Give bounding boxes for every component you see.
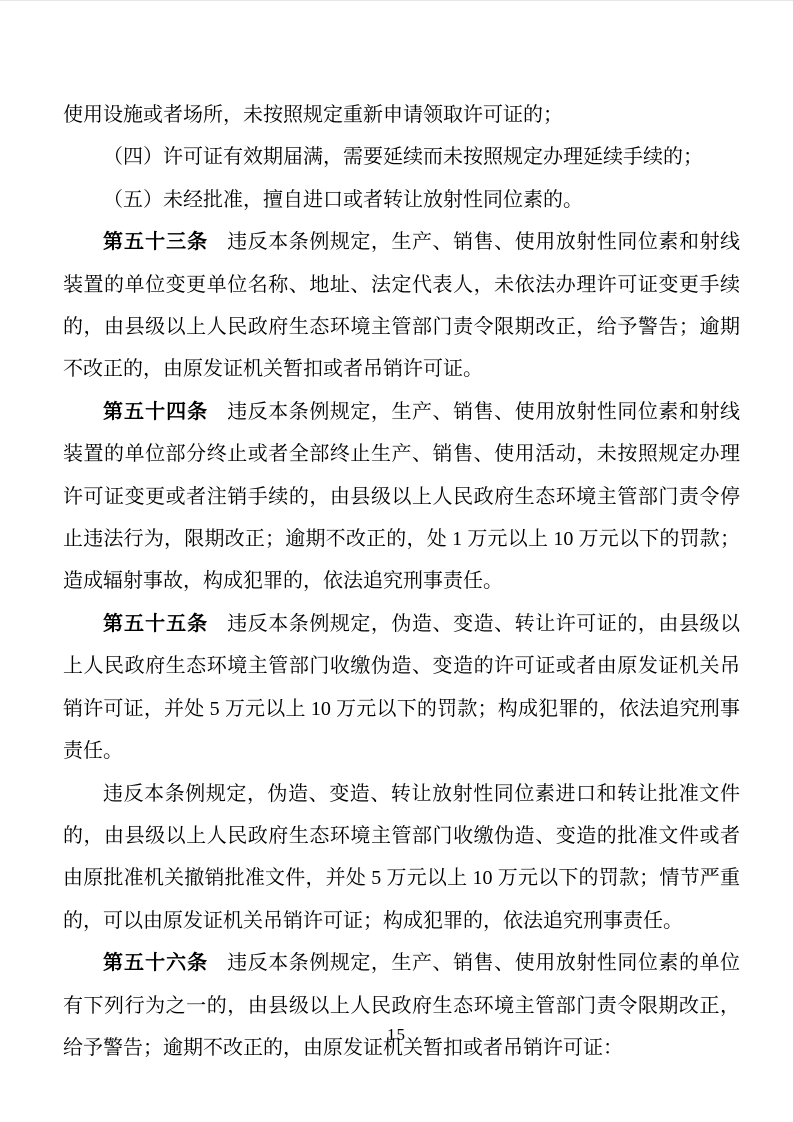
- paragraph-text: 违反本条例规定，伪造、变造、转让放射性同位素进口和转让批准文件的，由县级以上人民…: [63, 783, 740, 932]
- article-number: 第五十六条: [103, 952, 208, 974]
- paragraph-text: 使用设施或者场所，未按照规定重新申请领取许可证的；: [63, 104, 563, 126]
- article-number: 第五十三条: [103, 231, 208, 253]
- paragraph: 第五十三条违反本条例规定，生产、销售、使用放射性同位素和射线装置的单位变更单位名…: [63, 221, 740, 391]
- article-number: 第五十五条: [103, 613, 208, 635]
- paragraph: （四）许可证有效期届满，需要延续而未按照规定办理延续手续的；: [63, 136, 740, 178]
- paragraph: 第五十四条违反本条例规定，生产、销售、使用放射性同位素和射线装置的单位部分终止或…: [63, 391, 740, 603]
- paragraph-text: （五）未经批准，擅自进口或者转让放射性同位素的。: [103, 189, 583, 211]
- page-number: 15: [0, 1024, 793, 1046]
- paragraph-text: 违反本条例规定，伪造、变造、转让许可证的，由县级以上人民政府生态环境主管部门收缴…: [63, 613, 740, 762]
- paragraph: （五）未经批准，擅自进口或者转让放射性同位素的。: [63, 179, 740, 221]
- paragraph: 第五十五条违反本条例规定，伪造、变造、转让许可证的，由县级以上人民政府生态环境主…: [63, 603, 740, 773]
- paragraph: 第五十六条违反本条例规定，生产、销售、使用放射性同位素的单位有下列行为之一的，由…: [63, 942, 740, 1069]
- article-number: 第五十四条: [103, 401, 208, 423]
- paragraph-text: 违反本条例规定，生产、销售、使用放射性同位素和射线装置的单位部分终止或者全部终止…: [63, 401, 740, 593]
- paragraph: 违反本条例规定，伪造、变造、转让放射性同位素进口和转让批准文件的，由县级以上人民…: [63, 773, 740, 943]
- paragraph-text: 违反本条例规定，生产、销售、使用放射性同位素和射线装置的单位变更单位名称、地址、…: [63, 231, 740, 380]
- paragraph-text: （四）许可证有效期届满，需要延续而未按照规定办理延续手续的；: [103, 146, 703, 168]
- document-page: 使用设施或者场所，未按照规定重新申请领取许可证的； （四）许可证有效期届满，需要…: [0, 0, 793, 1122]
- document-body: 使用设施或者场所，未按照规定重新申请领取许可证的； （四）许可证有效期届满，需要…: [63, 94, 740, 1069]
- paragraph: 使用设施或者场所，未按照规定重新申请领取许可证的；: [63, 94, 740, 136]
